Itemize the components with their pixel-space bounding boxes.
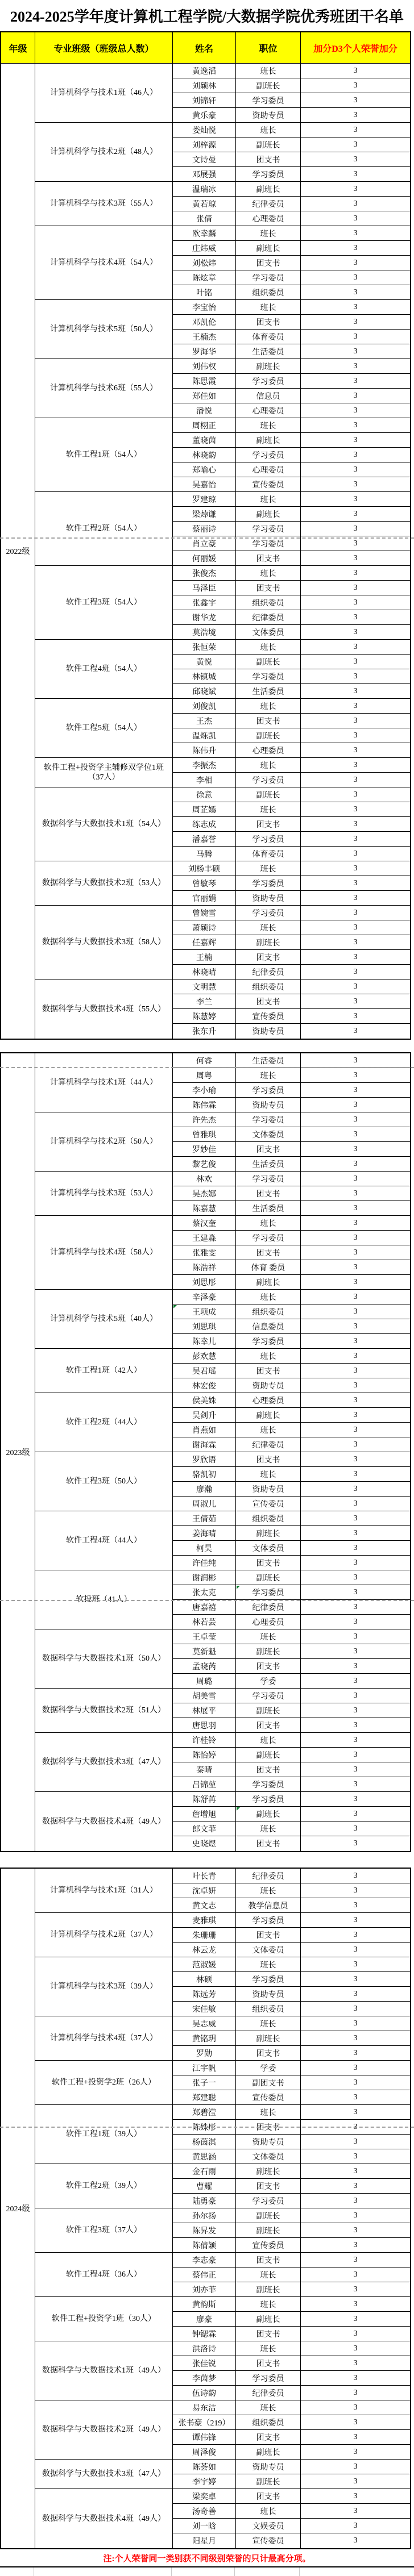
name-cell: 娄灿悦 xyxy=(173,123,236,137)
member-row: 任嘉辉副班长3 xyxy=(173,935,410,950)
member-row: 陈炫章学习委员3 xyxy=(173,270,410,285)
member-row: 刘松炜团支书3 xyxy=(173,256,410,270)
bonus-cell: 3 xyxy=(301,1201,410,1215)
bonus-cell: 3 xyxy=(301,1408,410,1422)
bonus-cell: 3 xyxy=(301,93,410,107)
class-group: 软件工程4班（36人）李志豪团支书3蔡伟正班长3刘亦菲副班长3 xyxy=(35,2253,410,2297)
position-cell: 心理委员 xyxy=(236,1393,301,1407)
name-cell: 孙尔扬 xyxy=(173,2208,236,2223)
bonus-cell: 3 xyxy=(301,1570,410,1585)
name-cell: 廖瀚 xyxy=(173,1482,236,1496)
position-cell: 班长 xyxy=(236,920,301,935)
bonus-cell: 3 xyxy=(301,462,410,477)
member-row: 周栩正班长3 xyxy=(173,418,410,433)
position-cell: 班长 xyxy=(236,802,301,816)
position-cell: 副班长 xyxy=(236,1275,301,1289)
member-rows: 欧幸麟班长3庄炜威副班长3刘松炜团支书3陈炫章学习委员3叶铭组织委员3 xyxy=(173,226,410,300)
position-cell: 副班长 xyxy=(236,2282,301,2296)
position-cell: 心理委员 xyxy=(236,743,301,757)
member-rows: 曾婉雪学习委员3萧颖诗班长3任嘉辉副班长3王楠团支书3林晓晴纪律委员3 xyxy=(173,906,410,979)
position-cell: 学习委员 xyxy=(236,876,301,890)
class-group: 数据科学与大数据技术3班（47人）陈荟如资助专员3李宇婷副班长3 xyxy=(35,2460,410,2489)
name-cell: 李宝怡 xyxy=(173,300,236,314)
name-cell: 史晓煜 xyxy=(173,1836,236,1851)
bonus-cell: 3 xyxy=(301,994,410,1008)
bonus-cell: 3 xyxy=(301,2519,410,2533)
name-cell: 梁奕卓 xyxy=(173,2489,236,2503)
position-cell: 团支书 xyxy=(236,1556,301,1570)
class-cell: 计算机科学与技术1班（31人） xyxy=(35,1869,173,1913)
name-cell: 黄思涵 xyxy=(173,2149,236,2164)
sheet: 年级 专业班级（班级总人数） 姓名 职位 加分D3个人荣誉加分 2022级 计算… xyxy=(0,31,411,2549)
class-cell: 数据科学与大数据技术3班（58人） xyxy=(35,906,173,979)
bonus-cell: 3 xyxy=(301,2533,410,2548)
member-rows: 娄灿悦班长3刘梓源副班长3文诗曼团支书3邓展强学习委员3 xyxy=(173,123,410,182)
name-cell: 刘思彤 xyxy=(173,1275,236,1289)
class-group: 软件工程1班（54人）周栩正班长3董晓茵副班长3林晓韵学习委员3郑喻心心理委员3… xyxy=(35,418,410,492)
class-cell: 数据科学与大数据技术4班（49人） xyxy=(35,1792,173,1851)
bonus-cell: 3 xyxy=(301,1467,410,1481)
name-cell: 许佳纯 xyxy=(173,1556,236,1570)
bonus-cell: 3 xyxy=(301,1821,410,1836)
position-cell: 学习委员 xyxy=(236,2194,301,2208)
position-cell: 班长 xyxy=(236,64,301,78)
member-row: 文明慧组织委员3 xyxy=(173,979,410,994)
class-cell: 软件工程1班（42人） xyxy=(35,1349,173,1393)
name-cell: 潘悦 xyxy=(173,403,236,418)
class-cell: 软件工程+投资学主辅修双学位1班（37人） xyxy=(35,758,173,787)
name-cell: 周泽俊 xyxy=(173,2445,236,2459)
bonus-cell: 3 xyxy=(301,1482,410,1496)
name-cell: 林硕 xyxy=(173,1972,236,1986)
position-cell: 团支书 xyxy=(236,1928,301,1942)
name-cell: 黄悦 xyxy=(173,655,236,669)
class-cell: 软件工程4班（54人） xyxy=(35,640,173,699)
name-cell: 邓凯伦 xyxy=(173,315,236,329)
member-rows: 刘杨丰硕班长3曾敏琴学习委员3官丽娟资助专员3 xyxy=(173,861,410,906)
bonus-cell: 3 xyxy=(301,1883,410,1898)
member-rows: 孙尔扬副班长3陈昇发副班长3陈倩颖宣传委员3 xyxy=(173,2208,410,2253)
member-row: 阳星月宣传委员3 xyxy=(173,2533,410,2548)
name-cell: 姜海晴 xyxy=(173,1526,236,1540)
name-cell: 文诗曼 xyxy=(173,152,236,166)
bonus-cell: 3 xyxy=(301,1777,410,1791)
class-group: 数据科学与大数据技术2班（51人）胡美雪学习委员3林展平副班长3唐思羽团支书3 xyxy=(35,1689,410,1733)
page-break-dashed-line xyxy=(0,1067,414,1068)
bonus-cell: 3 xyxy=(301,1423,410,1437)
member-rows: 梁奕卓团支书3汤奇善班长3刘一晗文娱委员3阳星月宣传委员3 xyxy=(173,2489,410,2548)
member-rows: 文明慧组织委员3李兰团支书3陈慧婷宣传委员3张东升资助专员3 xyxy=(173,979,410,1039)
class-group: 软件工程4班（44人）王倩茹组织委员3姜海晴副班长3柯昊文体委员3许佳纯团支书3 xyxy=(35,1511,410,1570)
name-cell: 欧幸麟 xyxy=(173,226,236,240)
member-row: 林云龙文体委员3 xyxy=(173,1943,410,1957)
bonus-cell: 3 xyxy=(301,2208,410,2223)
bonus-cell: 3 xyxy=(301,1319,410,1333)
position-cell: 班长 xyxy=(236,300,301,314)
member-row: 李宇婷副班长3 xyxy=(173,2474,410,2489)
bonus-cell: 3 xyxy=(301,108,410,122)
position-cell: 班长 xyxy=(236,2105,301,2119)
class-group: 计算机科学与技术4班（58人）蔡汉奎班长3王建淼学习委员3张雅雯团支书3陈浩祥体… xyxy=(35,1216,410,1290)
member-row: 张佳锐团支书3 xyxy=(173,2356,410,2371)
position-cell: 团支书 xyxy=(236,581,301,595)
class-cell: 计算机科学与技术3班（53人） xyxy=(35,1172,173,1216)
member-row: 文诗曼团支书3 xyxy=(173,152,410,167)
name-cell: 林云龙 xyxy=(173,1943,236,1957)
name-cell: 张子一 xyxy=(173,2075,236,2090)
name-cell: 陈浩祥 xyxy=(173,1260,236,1274)
member-row: 郑建聪宣传委员3 xyxy=(173,2090,410,2105)
name-cell: 徐意 xyxy=(173,787,236,802)
member-row: 温烁凯副班长3 xyxy=(173,728,410,743)
name-cell: 陈舒苒 xyxy=(173,1792,236,1806)
bonus-cell: 3 xyxy=(301,1556,410,1570)
member-row: 潘悦心理委员3 xyxy=(173,403,410,418)
bonus-cell: 3 xyxy=(301,551,410,565)
class-group: 软件工程2班（54人）罗建琼班长3梁焯谦副班长3蔡丽诗学习委员3肖立豪学习委员3… xyxy=(35,492,410,566)
class-cell: 数据科学与大数据技术4班（55人） xyxy=(35,979,173,1039)
position-cell: 宣传委员 xyxy=(236,2533,301,2548)
position-cell: 副班长 xyxy=(236,1526,301,1540)
member-rows: 侯美姝心理委员3吴剑升副班长3肖燕如班长3谢海霖纪律委员3 xyxy=(173,1393,410,1452)
position-cell: 学习委员 xyxy=(236,1334,301,1348)
member-rows: 许先杰学习委员3曾雅琪文体委员3罗妙佳团支书3黎艺俊生活委员3 xyxy=(173,1112,410,1172)
position-cell: 副班长 xyxy=(236,78,301,93)
name-cell: 汤奇善 xyxy=(173,2504,236,2518)
name-cell: 曾雅琪 xyxy=(173,1127,236,1141)
member-row: 梁焯谦副班长3 xyxy=(173,507,410,522)
empty-bottom-row xyxy=(0,2567,414,2576)
class-cell: 计算机科学与技术3班（55人） xyxy=(35,182,173,226)
position-cell: 班长 xyxy=(236,2267,301,2282)
member-row: 温瑞冰副班长3 xyxy=(173,182,410,197)
position-cell: 学习委员 xyxy=(236,522,301,536)
bonus-cell: 3 xyxy=(301,78,410,93)
bonus-cell: 3 xyxy=(301,1928,410,1942)
position-cell: 副班长 xyxy=(236,137,301,152)
name-cell: 叶铭 xyxy=(173,285,236,299)
member-row: 周粤班长3 xyxy=(173,1068,410,1083)
bonus-cell: 3 xyxy=(301,1762,410,1777)
position-cell: 团支书 xyxy=(236,1452,301,1466)
member-rows: 叶长青纪律委员3沈卓妍班长3黄文志教学信息员3 xyxy=(173,1869,410,1913)
member-row: 娄灿悦班长3 xyxy=(173,123,410,137)
name-cell: 李相 xyxy=(173,773,236,787)
name-cell: 张雅雯 xyxy=(173,1245,236,1260)
class-cell: 软件工程3班（54人） xyxy=(35,566,173,640)
member-row: 张雅雯团支书3 xyxy=(173,1245,410,1260)
bonus-cell: 3 xyxy=(301,1585,410,1599)
position-cell: 团支书 xyxy=(236,551,301,565)
member-row: 刘思彤副班长3 xyxy=(173,1275,410,1290)
member-rows: 罗欣语团支书3骆凯初班长3廖瀚资助专员3周淑儿宣传委员3 xyxy=(173,1452,410,1511)
name-cell: 吴嘉怡 xyxy=(173,477,236,491)
bonus-cell: 3 xyxy=(301,1733,410,1747)
member-row: 马腾体育委员3 xyxy=(173,847,410,861)
position-cell: 心理委员 xyxy=(236,1615,301,1629)
bonus-cell: 3 xyxy=(301,566,410,580)
bonus-cell: 3 xyxy=(301,2238,410,2252)
member-row: 张鑫宇组织委员3 xyxy=(173,595,410,610)
position-cell: 生活委员 xyxy=(236,344,301,359)
member-rows: 金石雨副班长3曹耀团支书3陆勇豪学习委员3 xyxy=(173,2164,410,2208)
bonus-cell: 3 xyxy=(301,1807,410,1821)
member-rows: 江宇帆学委3张子一副团支书3郑建聪宣传委员3 xyxy=(173,2061,410,2105)
bonus-cell: 3 xyxy=(301,418,410,432)
member-row: 陈浩祥体育 委员3 xyxy=(173,1260,410,1275)
position-cell: 学习委员 xyxy=(236,1689,301,1703)
member-row: 练志成团支书3 xyxy=(173,817,410,832)
member-row: 周芷嫣班长3 xyxy=(173,802,410,817)
class-group: 软件工程2班（44人）侯美姝心理委员3吴剑升副班长3肖燕如班长3谢海霖纪律委员3 xyxy=(35,1393,410,1452)
grade-section-2024: 2024级 计算机科学与技术1班（31人）叶长青纪律委员3沈卓妍班长3黄文志教学… xyxy=(0,1868,411,2549)
member-row: 刘一晗文娱委员3 xyxy=(173,2519,410,2533)
bonus-cell: 3 xyxy=(301,1600,410,1614)
name-cell: 吕锦堃 xyxy=(173,1777,236,1791)
name-cell: 金石雨 xyxy=(173,2164,236,2178)
name-cell: 刘俊凯 xyxy=(173,699,236,713)
name-cell: 柯昊 xyxy=(173,1541,236,1555)
position-cell: 团支书 xyxy=(236,1762,301,1777)
position-cell: 副班长 xyxy=(236,2164,301,2178)
name-cell: 周栩正 xyxy=(173,418,236,432)
name-cell: 官丽娟 xyxy=(173,891,236,905)
member-row: 马泽臣团支书3 xyxy=(173,581,410,595)
bonus-cell: 3 xyxy=(301,1112,410,1127)
position-cell: 资助专员 xyxy=(236,1482,301,1496)
member-row: 吴剑升副班长3 xyxy=(173,1408,410,1423)
name-cell: 肖燕如 xyxy=(173,1423,236,1437)
position-cell: 副班长 xyxy=(236,1807,301,1821)
position-cell: 信息委员 xyxy=(236,1319,301,1333)
name-cell: 刘梓源 xyxy=(173,137,236,152)
page-break-dashed-line xyxy=(0,2127,414,2128)
class-cell: 数据科学与大数据技术1班（49人） xyxy=(35,2341,173,2400)
position-cell: 班长 xyxy=(236,1733,301,1747)
class-cell: 软件工程3班（50人） xyxy=(35,1452,173,1511)
member-row: 肖燕如班长3 xyxy=(173,1423,410,1437)
name-cell: 王倩茹 xyxy=(173,1511,236,1525)
class-group: 数据科学与大数据技术4班（49人）陈舒苒学习委员3詹增旭副班长3郎文菲班长3史晓… xyxy=(35,1792,410,1851)
name-cell: 陈思霞 xyxy=(173,374,236,388)
member-row: 莫新魁副班长3 xyxy=(173,1644,410,1659)
member-rows: 陈荟如资助专员3李宇婷副班长3 xyxy=(173,2460,410,2489)
empty-cell xyxy=(172,2567,235,2576)
position-cell: 体育委员 xyxy=(236,330,301,344)
member-row: 王项成组织委员3 xyxy=(173,1304,410,1319)
bonus-cell: 3 xyxy=(301,2016,410,2031)
bonus-cell: 3 xyxy=(301,891,410,905)
position-cell: 副班长 xyxy=(236,1703,301,1718)
position-cell: 副班长 xyxy=(236,241,301,255)
class-group: 软件工程3班（54人）张俊杰班长3马泽臣团支书3张鑫宇组织委员3谢华龙纪律委员3… xyxy=(35,566,410,640)
bonus-cell: 3 xyxy=(301,773,410,787)
position-cell: 副班长 xyxy=(236,655,301,669)
position-cell: 团支书 xyxy=(236,1245,301,1260)
name-cell: 周粤 xyxy=(173,1068,236,1082)
name-cell: 潘嘉誉 xyxy=(173,832,236,846)
name-cell: 陈倩颖 xyxy=(173,2238,236,2252)
name-cell: 李茵梦 xyxy=(173,2371,236,2385)
name-cell: 周璐 xyxy=(173,1674,236,1688)
bonus-cell: 3 xyxy=(301,1437,410,1452)
member-row: 刘杨丰硕班长3 xyxy=(173,861,410,876)
position-cell: 生活委员 xyxy=(236,1201,301,1215)
bonus-cell: 3 xyxy=(301,950,410,964)
bonus-cell: 3 xyxy=(301,2164,410,2178)
member-row: 唐思羽团支书3 xyxy=(173,1718,410,1733)
member-row: 叶长青纪律委员3 xyxy=(173,1869,410,1883)
class-group: 数据科学与大数据技术4班（49人）梁奕卓团支书3汤奇善班长3刘一晗文娱委员3阳星… xyxy=(35,2489,410,2548)
member-rows: 范淑媛班长3林硕学习委员3陈远芳资助专员3宋佳敏组织委员3 xyxy=(173,1957,410,2016)
member-row: 周淑儿宣传委员3 xyxy=(173,1497,410,1511)
position-cell: 生活委员 xyxy=(236,1053,301,1068)
member-row: 吴君瑶团支书3 xyxy=(173,1364,410,1378)
name-cell: 麦雅琪 xyxy=(173,1913,236,1927)
name-cell: 王卓莹 xyxy=(173,1629,236,1644)
bonus-cell: 3 xyxy=(301,211,410,226)
bonus-cell: 3 xyxy=(301,1364,410,1378)
member-rows: 王卓莹班长3莫新魁副班长3孟晓芮团支书3周璐学委3 xyxy=(173,1629,410,1689)
bonus-cell: 3 xyxy=(301,1511,410,1525)
class-cell: 软件工程1班（54人） xyxy=(35,418,173,492)
member-row: 林镇城学习委员3 xyxy=(173,669,410,684)
member-row: 黄乐豪资助专员3 xyxy=(173,108,410,123)
position-cell: 班长 xyxy=(236,418,301,432)
member-row: 曹耀团支书3 xyxy=(173,2179,410,2194)
name-cell: 陈慧婷 xyxy=(173,1009,236,1023)
name-cell: 任嘉辉 xyxy=(173,935,236,949)
position-cell: 副班长 xyxy=(236,2474,301,2489)
member-rows: 易东洁班长3张书豪（219）组织委员3谭伟锋团支书3周泽俊副班长3 xyxy=(173,2400,410,2460)
name-cell: 郑建聪 xyxy=(173,2090,236,2104)
name-cell: 钟锶霖 xyxy=(173,2327,236,2341)
member-row: 何丽媛团支书3 xyxy=(173,551,410,566)
member-rows: 李志豪团支书3蔡伟正班长3刘亦菲副班长3 xyxy=(173,2253,410,2297)
member-row: 董晓茵副班长3 xyxy=(173,433,410,448)
member-row: 王建淼学习委员3 xyxy=(173,1231,410,1245)
member-row: 林硕学习委员3 xyxy=(173,1972,410,1987)
header-class: 专业班级（班级总人数） xyxy=(35,32,173,64)
member-row: 彭欢慧班长3 xyxy=(173,1349,410,1364)
member-rows: 辛泽豪班长3王项成组织委员3刘思琪信息委员3陈幸儿学习委员3 xyxy=(173,1290,410,1349)
section-gap xyxy=(0,1852,411,1868)
name-cell: 林晓晴 xyxy=(173,965,236,979)
member-row: 刘伟权副班长3 xyxy=(173,359,410,374)
header-bonus: 加分D3个人荣誉加分 xyxy=(301,32,410,64)
member-row: 刘梓源副班长3 xyxy=(173,137,410,152)
position-cell: 副班长 xyxy=(236,2312,301,2326)
position-cell: 组织委员 xyxy=(236,2415,301,2429)
member-row: 陈荟如资助专员3 xyxy=(173,2460,410,2474)
name-cell: 温瑞冰 xyxy=(173,182,236,196)
member-row: 蔡汉奎班长3 xyxy=(173,1216,410,1231)
position-cell: 教学信息员 xyxy=(236,1898,301,1912)
position-cell: 纪律委员 xyxy=(236,965,301,979)
bonus-cell: 3 xyxy=(301,2223,410,2237)
position-cell: 班长 xyxy=(236,2341,301,2356)
bonus-cell: 3 xyxy=(301,2149,410,2164)
member-row: 郎文菲班长3 xyxy=(173,1821,410,1836)
name-cell: 沈卓妍 xyxy=(173,1883,236,1898)
bonus-cell: 3 xyxy=(301,522,410,536)
bonus-cell: 3 xyxy=(301,2504,410,2518)
bonus-cell: 3 xyxy=(301,1836,410,1851)
grade-cell: 2023级 xyxy=(1,1053,35,1851)
class-cell: 数据科学与大数据技术2班（53人） xyxy=(35,861,173,906)
bonus-cell: 3 xyxy=(301,1378,410,1393)
bonus-cell: 3 xyxy=(301,1987,410,2001)
class-cell: 计算机科学与技术5班（50人） xyxy=(35,300,173,359)
bonus-cell: 3 xyxy=(301,1186,410,1201)
position-cell: 学习委员 xyxy=(236,906,301,920)
name-cell: 王楠 xyxy=(173,950,236,964)
position-cell: 团支书 xyxy=(236,2430,301,2444)
bonus-cell: 3 xyxy=(301,935,410,949)
name-cell: 林宏俊 xyxy=(173,1378,236,1393)
member-rows: 蔡汉奎班长3王建淼学习委员3张雅雯团支书3陈浩祥体育 委员3刘思彤副班长3 xyxy=(173,1216,410,1290)
class-group: 数据科学与大数据技术1班（50人）王卓莹班长3莫新魁副班长3孟晓芮团支书3周璐学… xyxy=(35,1629,410,1689)
position-cell: 班长 xyxy=(236,226,301,240)
bonus-cell: 3 xyxy=(301,2489,410,2503)
member-row: 郑碧滢班长3 xyxy=(173,2105,410,2120)
member-row: 姜海晴副班长3 xyxy=(173,1526,410,1541)
position-cell: 学习委员 xyxy=(236,1112,301,1127)
name-cell: 罗勋 xyxy=(173,2046,236,2060)
position-cell: 资助专员 xyxy=(236,108,301,122)
member-rows: 胡美雪学习委员3林展平副班长3唐思羽团支书3 xyxy=(173,1689,410,1733)
position-cell: 学习委员 xyxy=(236,1777,301,1791)
bonus-cell: 3 xyxy=(301,137,410,152)
name-cell: 吴君瑶 xyxy=(173,1364,236,1378)
member-row: 黄韵斯班长3 xyxy=(173,2297,410,2312)
member-row: 蔡伟正班长3 xyxy=(173,2267,410,2282)
class-cell: 数据科学与大数据技术1班（50人） xyxy=(35,1629,173,1689)
class-cell: 软件工程2班（54人） xyxy=(35,492,173,566)
member-row: 罗欣语团支书3 xyxy=(173,1452,410,1467)
bonus-cell: 3 xyxy=(301,1748,410,1762)
class-groups: 计算机科学与技术1班（46人）黄逸滔班长3刘颖林副班长3刘锦轩学习委员3黄乐豪资… xyxy=(35,64,410,1039)
name-cell: 周淑儿 xyxy=(173,1497,236,1511)
class-group: 软件工程4班（54人）张恒荣班长3黄悦副班长3林镇城学习委员3邱晓斌生活委员3 xyxy=(35,640,410,699)
name-cell: 张东升 xyxy=(173,1024,236,1039)
position-cell: 班长 xyxy=(236,492,301,506)
name-cell: 张倩 xyxy=(173,211,236,226)
name-cell: 胡美雪 xyxy=(173,1689,236,1703)
bonus-cell: 3 xyxy=(301,197,410,211)
name-cell: 董晓茵 xyxy=(173,433,236,447)
position-cell: 副班长 xyxy=(236,935,301,949)
member-rows: 周栩正班长3董晓茵副班长3林晓韵学习委员3郑喻心心理委员3吴嘉怡宣传委员3 xyxy=(173,418,410,492)
name-cell: 萧颖诗 xyxy=(173,920,236,935)
bonus-cell: 3 xyxy=(301,1304,410,1319)
name-cell: 陈伟霖 xyxy=(173,1098,236,1112)
position-cell: 学习委员 xyxy=(236,669,301,683)
member-row: 张子一副团支书3 xyxy=(173,2075,410,2090)
bonus-cell: 3 xyxy=(301,1142,410,1156)
position-cell: 纪律委员 xyxy=(236,1600,301,1614)
name-cell: 李志豪 xyxy=(173,2253,236,2267)
name-cell: 陈炫章 xyxy=(173,270,236,285)
class-group: 软件工程+投资学1班（30人）黄韵斯班长3廖豪副班长3钟锶霖团支书3 xyxy=(35,2297,410,2341)
member-row: 许桂铃班长3 xyxy=(173,1733,410,1748)
class-group: 数据科学与大数据技术2班（53人）刘杨丰硕班长3曾敏琴学习委员3官丽娟资助专员3 xyxy=(35,861,410,906)
member-row: 麦雅琪学习委员3 xyxy=(173,1913,410,1928)
member-rows: 彭欢慧班长3吴君瑶团支书3林宏俊资助专员3 xyxy=(173,1349,410,1393)
bonus-cell: 3 xyxy=(301,1053,410,1068)
name-cell: 张佳锐 xyxy=(173,2356,236,2370)
member-row: 黄若琼纪律委员3 xyxy=(173,197,410,211)
